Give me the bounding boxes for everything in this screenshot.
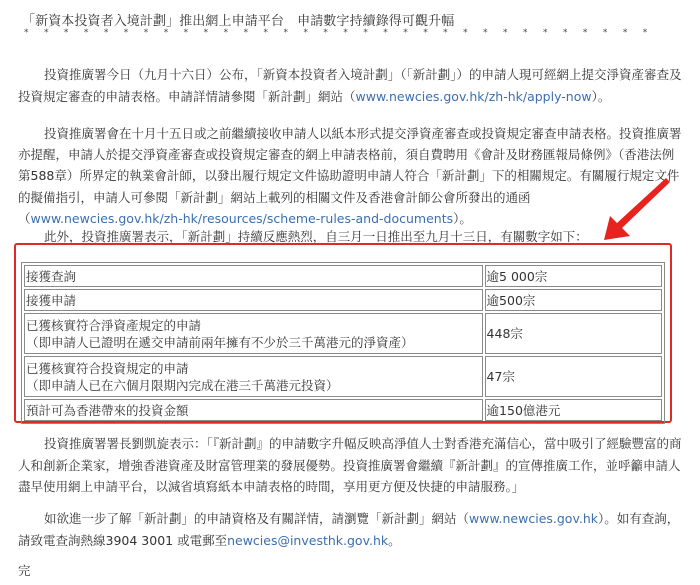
scheme-rules-link[interactable]: www.newcies.gov.hk/zh-hk/resources/schem… [31, 211, 454, 226]
row-label-main: 已獲核實符合淨資產規定的申請 [26, 317, 481, 334]
email-link[interactable]: newcies@investhk.gov.hk [227, 533, 388, 548]
website-link[interactable]: www.newcies.gov.hk [469, 511, 598, 526]
paragraph-suffix: 。 [388, 533, 401, 548]
paragraph-announcement: 投資推廣署今日（九月十六日）公布，「新資本投資者入境計劃」（「新計劃」）的申請人… [18, 64, 682, 107]
row-value: 448宗 [485, 313, 662, 354]
table-row: 接獲查詢 逾5 000宗 [24, 265, 662, 287]
end-mark: 完 [18, 561, 31, 579]
row-label-note: （即申請人已證明在遞交申請前兩年擁有不少於三千萬港元的淨資產） [26, 334, 481, 351]
paragraph-paper-submission: 投資推廣署會在十月十五日或之前繼續接收申請人以紙本形式提交淨資產審查或投資規定審… [18, 123, 682, 229]
row-label: 接獲查詢 [24, 265, 483, 287]
row-label: 接獲申請 [24, 289, 483, 311]
red-arrow-icon [600, 176, 670, 242]
press-release-page: 「新資本投資者入境計劃」推出網上申請平台 申請數字持續錄得可觀升幅 * * * … [0, 0, 700, 585]
paragraph-suffix: ）。 [453, 211, 472, 226]
row-label-note: （即申請人已在六個月限期內完成在港三千萬港元投資） [26, 377, 481, 394]
row-label-main: 已獲核實符合投資規定的申請 [26, 360, 481, 377]
table-row: 已獲核實符合淨資產規定的申請 （即申請人已證明在遞交申請前兩年擁有不少於三千萬港… [24, 313, 662, 354]
statistics-table: 接獲查詢 逾5 000宗 接獲申請 逾500宗 已獲核實符合淨資產規定的申請 （… [21, 262, 665, 424]
title-separator: * * * * * * * * * * * * * * * * * * * * … [24, 28, 654, 38]
row-value: 47宗 [485, 356, 662, 397]
row-value: 逾150億港元 [485, 399, 662, 421]
press-release-title: 「新資本投資者入境計劃」推出網上申請平台 申請數字持續錄得可觀升幅 [22, 10, 454, 29]
row-value: 逾5 000宗 [485, 265, 662, 287]
paragraph-suffix: ）。 [592, 89, 611, 104]
paragraph-text: 如欲進一步了解「新計劃」的申請資格及有關詳情，請瀏覽「新計劃」網站（ [44, 511, 469, 526]
paragraph-commissioner-quote: 投資推廣署署長劉凱旋表示：「『新計劃』的申請數字升幅反映高淨值人士對香港充滿信心… [18, 433, 682, 498]
row-label: 已獲核實符合投資規定的申請 （即申請人已在六個月限期內完成在港三千萬港元投資） [24, 356, 483, 397]
table-row: 已獲核實符合投資規定的申請 （即申請人已在六個月限期內完成在港三千萬港元投資） … [24, 356, 662, 397]
paragraph-contact: 如欲進一步了解「新計劃」的申請資格及有關詳情，請瀏覽「新計劃」網站（www.ne… [18, 508, 682, 551]
row-label: 預計可為香港帶來的投資金額 [24, 399, 483, 421]
row-value: 逾500宗 [485, 289, 662, 311]
row-label: 已獲核實符合淨資產規定的申請 （即申請人已證明在遞交申請前兩年擁有不少於三千萬港… [24, 313, 483, 354]
table-row: 預計可為香港帶來的投資金額 逾150億港元 [24, 399, 662, 421]
apply-now-link[interactable]: www.newcies.gov.hk/zh-hk/apply-now [356, 89, 592, 104]
table-row: 接獲申請 逾500宗 [24, 289, 662, 311]
